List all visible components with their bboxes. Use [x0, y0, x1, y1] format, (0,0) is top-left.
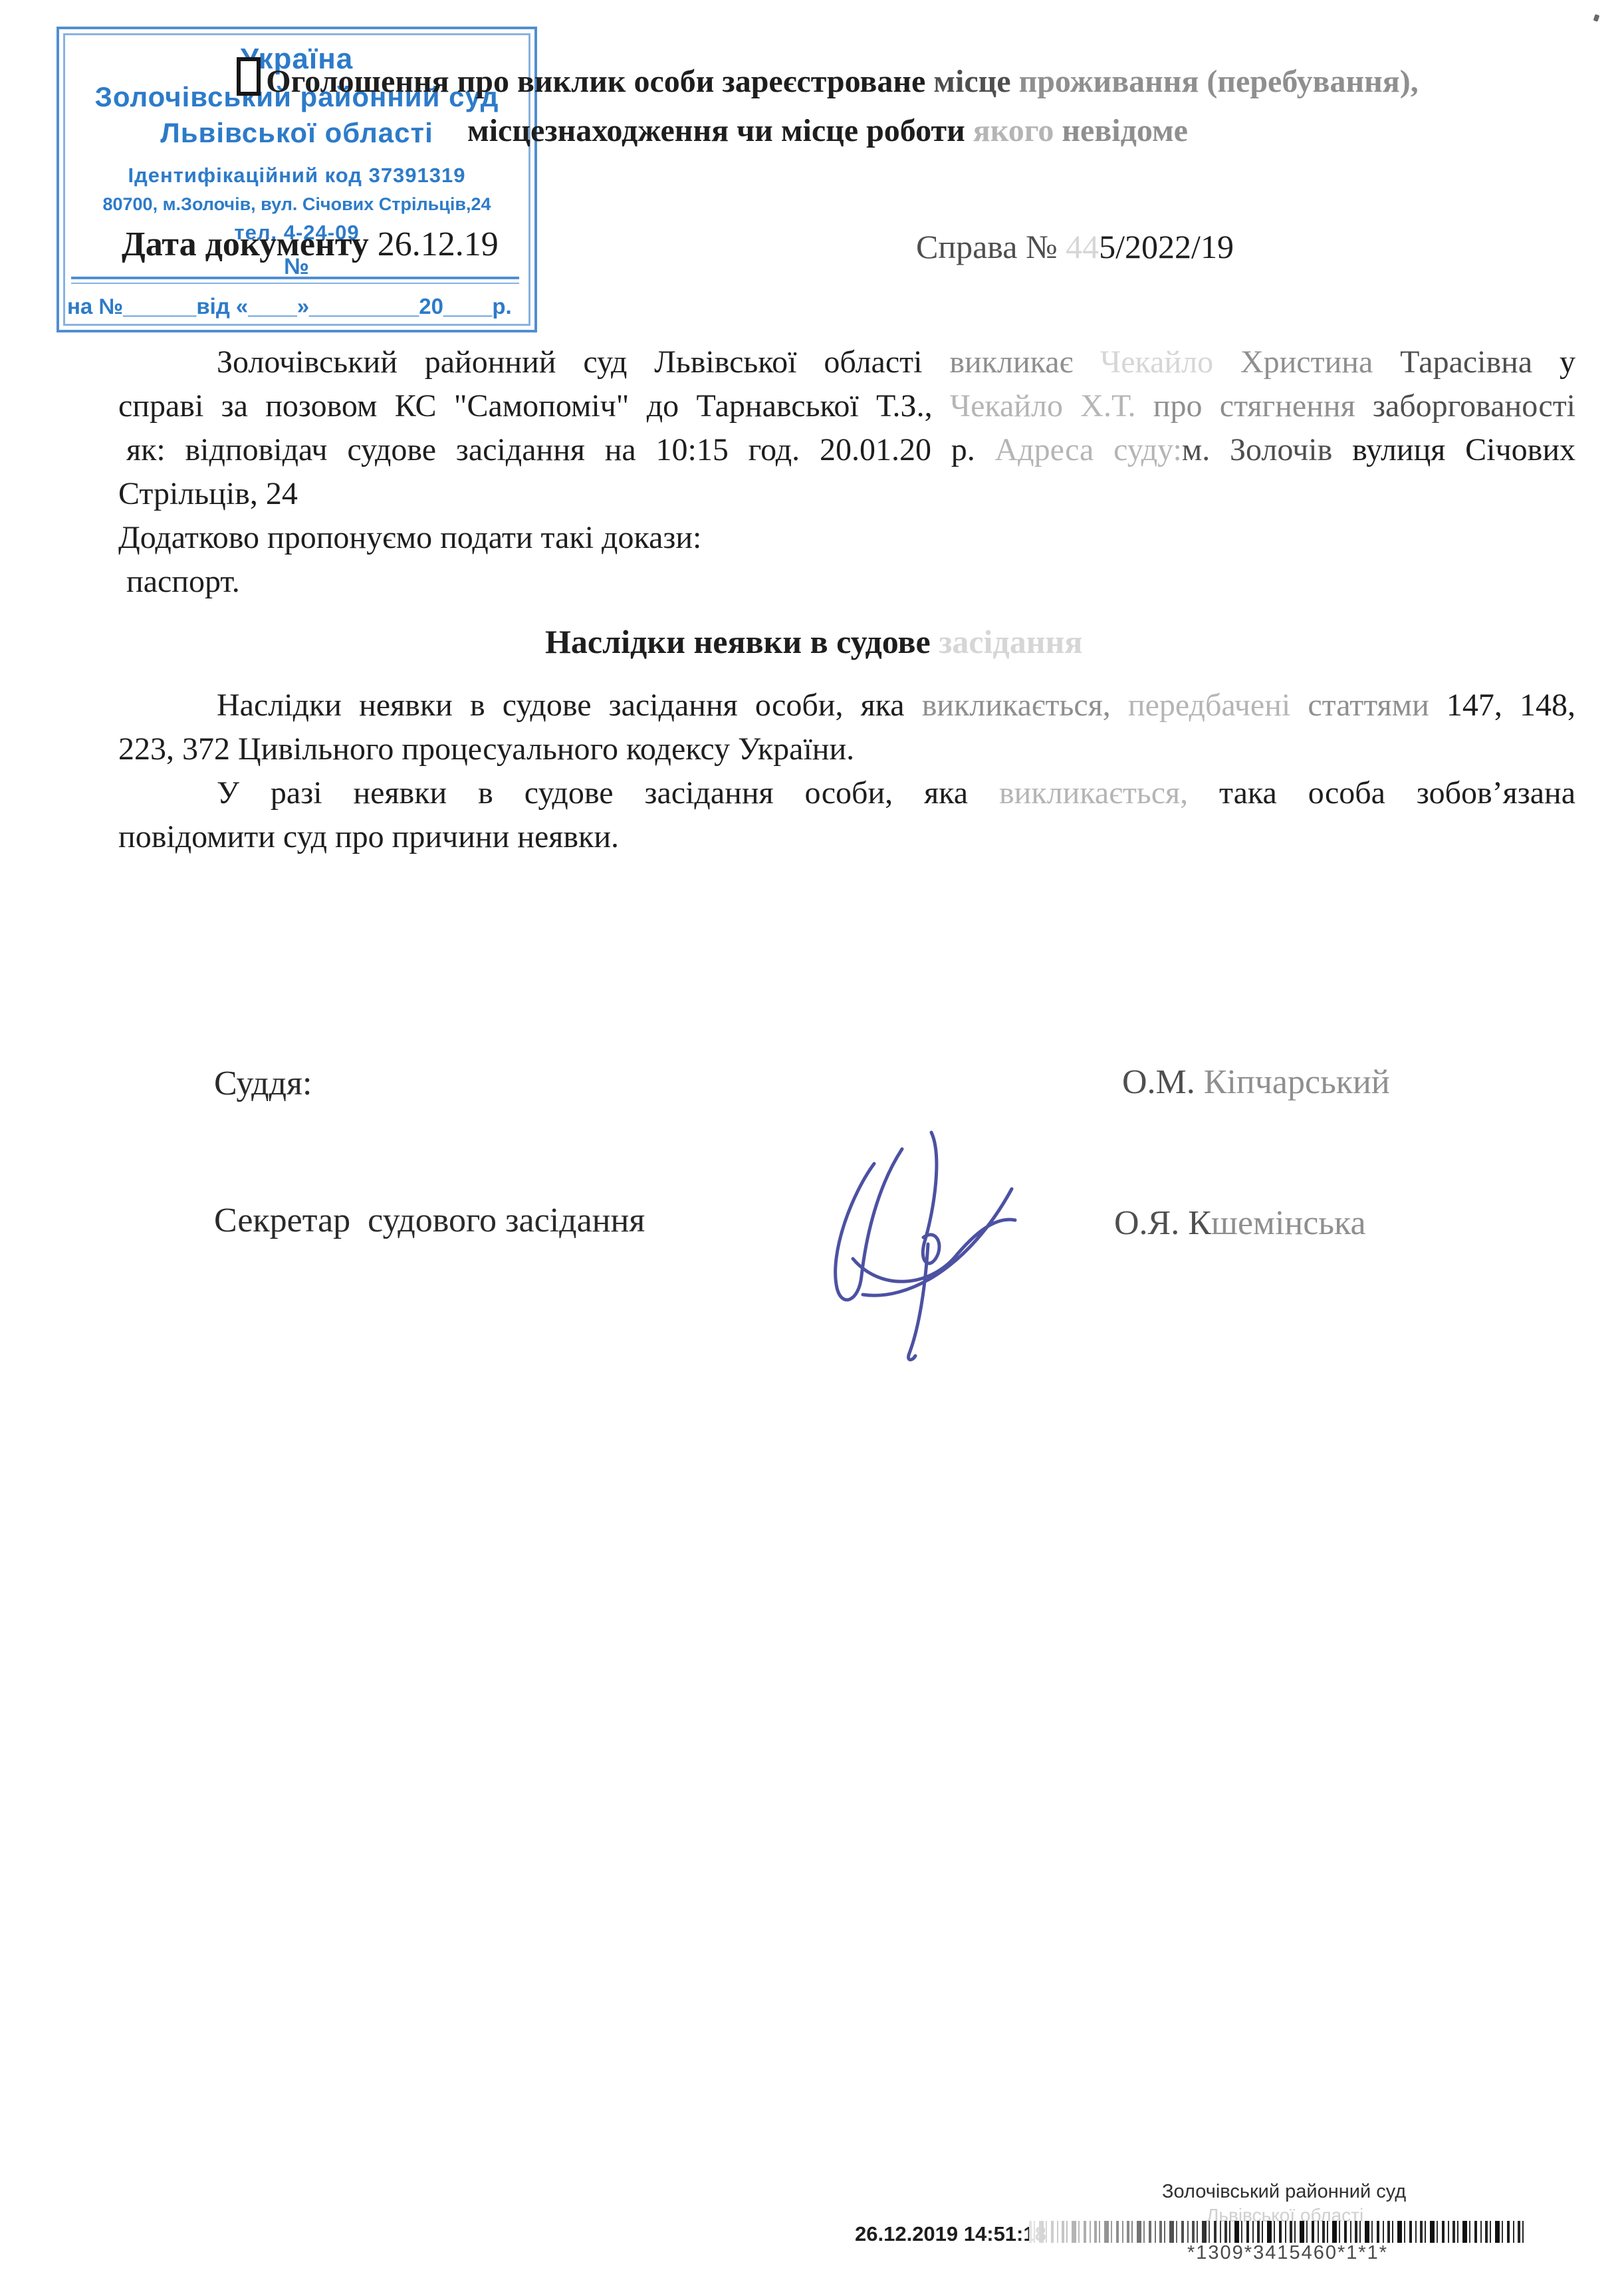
consequences-paragraph: Наслідки неявки в судове засідання особи… [118, 684, 1575, 859]
handwritten-signature [774, 1127, 1054, 1363]
secretary-name: О.Я. Кшемінська [1114, 1204, 1366, 1243]
body-line: Стрільців, 24 [118, 472, 1575, 516]
body-line: Золочівський районний суд Львівської обл… [118, 340, 1575, 384]
judge-name: О.М. Кіпчарський [1122, 1063, 1390, 1102]
summons-paragraph: Золочівський районний суд Львівської обл… [118, 340, 1575, 604]
body-line: справі за позовом КС "Самопоміч" до Тарн… [118, 384, 1575, 428]
body-line: У разі неявки в судове засідання особи, … [118, 771, 1575, 815]
missing-glyph-box [237, 57, 261, 96]
title-line-2: місцезнаходження чи місце роботи якого н… [199, 106, 1456, 156]
stamp-rule-upper [71, 277, 519, 279]
body-line: Наслідки неявки в судове засідання особи… [118, 684, 1575, 727]
stamp-id-code: Ідентифікаційний код 37391319 [59, 164, 534, 188]
date-label: Дата документу [122, 225, 369, 263]
date-value: 26.12.19 [369, 225, 499, 263]
document-date-line: Дата документу 26.12.19 [122, 225, 499, 264]
section-heading: Наслідки неявки в судове засідання [545, 622, 1082, 661]
case-number: Справа № 445/2022/19 [916, 227, 1234, 266]
body-line: 223, 372 Цивільного процесуального кодек… [118, 727, 1575, 771]
judge-label: Суддя: [214, 1064, 312, 1103]
stamp-reference-line: на №______від «____»_________20____р. [67, 294, 512, 319]
title-line-1: Оголошення про виклик особи зареєстрован… [199, 57, 1456, 106]
body-line: паспорт. [118, 560, 1575, 604]
secretary-label: Секретар судового засідання [214, 1201, 645, 1240]
body-line: Додатково пропонуємо подати такі докази: [118, 516, 1575, 560]
title-line-1-text: Оголошення про виклик особи зареєстрован… [266, 64, 1418, 99]
stamp-rule-lower [71, 283, 519, 284]
footer-datetime: 26.12.2019 14:51:18 [855, 2222, 1046, 2246]
stamp-address: 80700, м.Золочів, вул. Січових Стрільців… [59, 194, 534, 215]
barcode [1029, 2221, 1524, 2243]
scan-speck [1593, 14, 1600, 22]
body-line: як: відповідач судове засідання на 10:15… [118, 428, 1575, 472]
document-title: Оголошення про виклик особи зареєстрован… [199, 57, 1456, 156]
body-line: повідомити суд про причини неявки. [118, 815, 1575, 859]
scanned-court-document: Україна Золочівський районний суд Львівс… [0, 0, 1624, 2294]
barcode-text: *1309*3415460*1*1* [1187, 2242, 1388, 2264]
footer-court-name: Золочівський районний суд [1162, 2181, 1406, 2203]
